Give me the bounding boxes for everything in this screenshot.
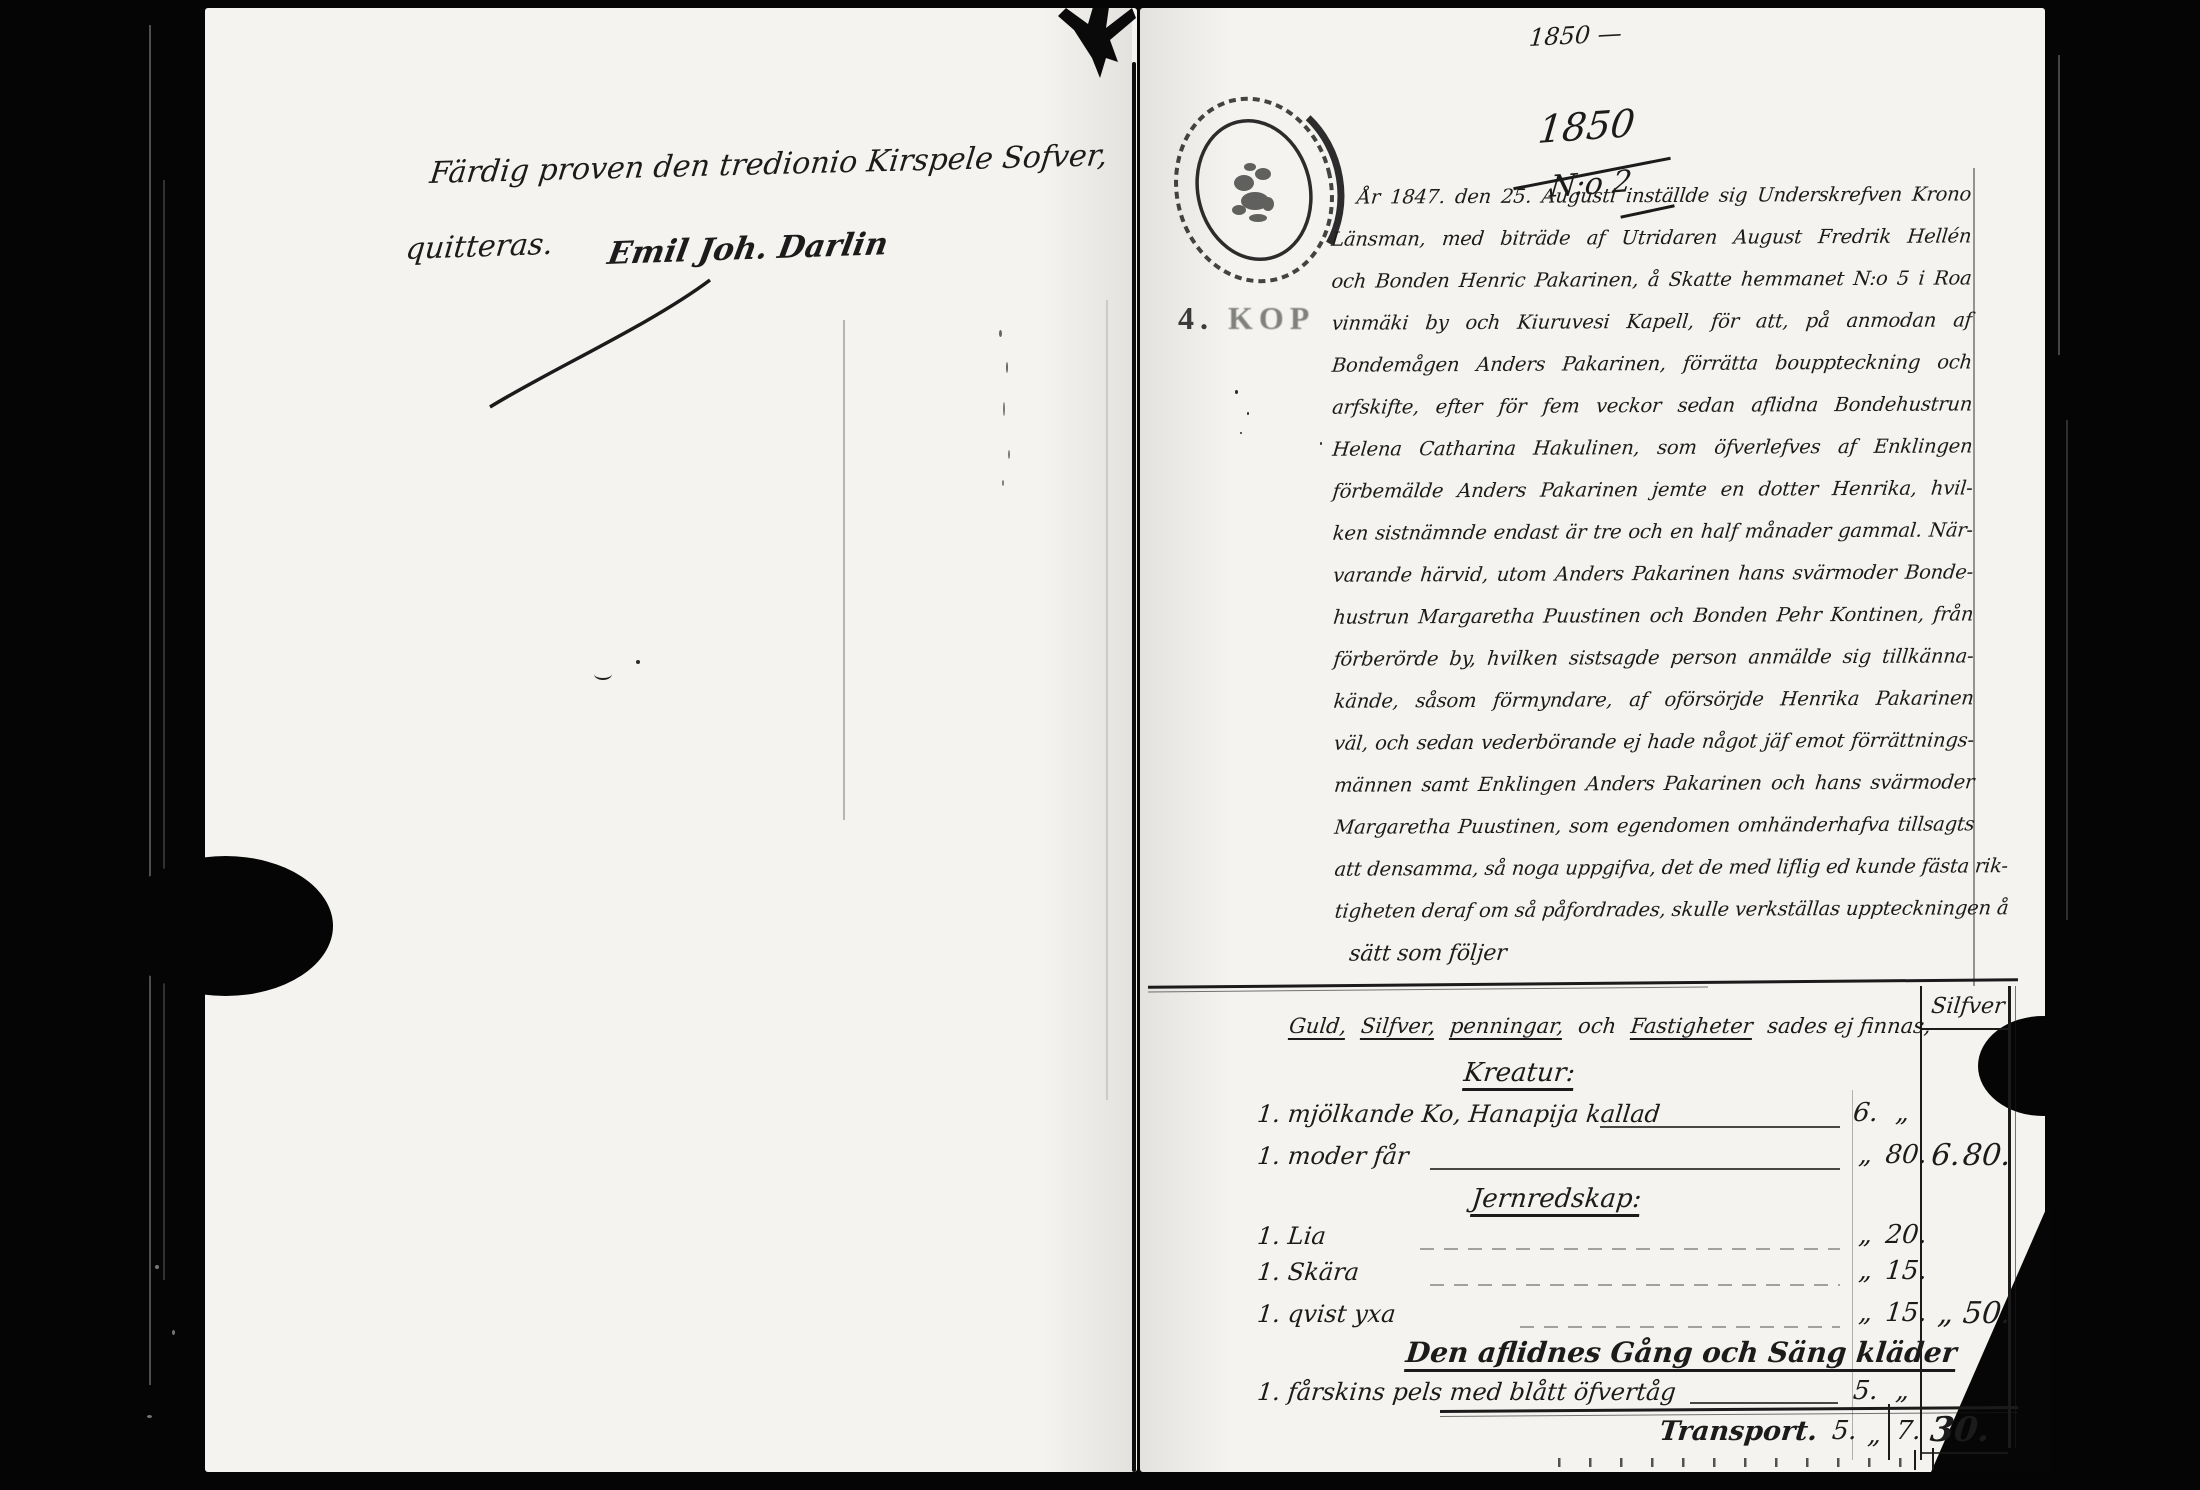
ink-speck	[1006, 362, 1008, 373]
amount-col1-b: 20.	[1884, 1220, 1921, 1250]
ink-speck	[1002, 480, 1004, 486]
ink-speck	[1247, 412, 1249, 415]
body-text-line: arfskifte, efter för fem veckor sedan af…	[1331, 392, 1973, 418]
heading-tail: sades ej finnas,	[1766, 1014, 1932, 1038]
row-leader-line	[1430, 1168, 1840, 1170]
ink-speck	[1320, 442, 1322, 445]
ink-speck	[1240, 432, 1242, 434]
inventory-section-heading: Guld, Silfver, penningar, och Fastighete…	[1288, 1014, 1932, 1038]
amount-col1-b: „	[1884, 1376, 1921, 1406]
body-text-line: förberörde by, hvilken sistsagde person …	[1332, 644, 1974, 670]
dust-speck	[172, 1330, 175, 1335]
amount-col1-a: „	[1846, 1220, 1885, 1250]
row-leader-line	[1690, 1402, 1838, 1404]
left-page	[205, 8, 1137, 1472]
currency-column-header: Silfver	[1930, 994, 2006, 1019]
body-text-line: hustrun Margaretha Puustinen och Bonden …	[1332, 602, 1974, 628]
body-text-line: sätt som följer	[1348, 941, 1508, 967]
spine-line	[1132, 62, 1136, 1472]
amount-col1-a: 5.	[1846, 1376, 1885, 1406]
dust-speck	[147, 1415, 152, 1418]
spine-top-sprig	[1040, 0, 1150, 80]
stamp-denomination: 4. KOP	[1178, 300, 1315, 337]
heading-guld: Guld,	[1288, 1014, 1348, 1040]
ink-speck	[636, 660, 640, 664]
ink-speck	[1008, 450, 1010, 459]
inventory-row-label: 1. qvist yxa	[1256, 1300, 1397, 1328]
body-text-line: tigheten deraf om så påfordrades, skulle…	[1334, 896, 1976, 922]
amount-col1-b: „	[1884, 1098, 1921, 1128]
tick-mark-tall	[1914, 1450, 1916, 1470]
transport-label: Transport.	[1658, 1416, 1819, 1447]
body-text-block: År 1847. den 25. Augusti inställde sig U…	[1330, 182, 1994, 985]
transport-col2-a: 7.	[1892, 1416, 1925, 1446]
corner-year-note: 1850 —	[1528, 19, 1623, 52]
row-leader-line	[1420, 1248, 1840, 1250]
row-leader-line	[1430, 1284, 1840, 1286]
document-year: 1850	[1536, 101, 1637, 152]
signature-flourish	[480, 255, 780, 415]
inventory-row-label: 1. mjölkande Ko, Hanapija kallad	[1256, 1100, 1662, 1128]
inventory-subheading-kreatur: Kreatur:	[1462, 1058, 1577, 1091]
transport-col1-a: 5.	[1826, 1416, 1863, 1446]
body-text-line: varande härvid, utom Anders Pakarinen ha…	[1332, 560, 1974, 586]
denomination-unit: KOP	[1228, 300, 1315, 336]
scan-frame-right	[2045, 0, 2200, 1490]
heading-och: och	[1577, 1014, 1617, 1038]
tick-mark-tall	[1932, 1448, 1934, 1470]
stamp-eagle-smudge	[1232, 163, 1274, 222]
transport-cell-bottom	[1922, 1452, 2008, 1454]
inventory-row-label: 1. fårskins pels med blått öfvertåg	[1256, 1378, 1677, 1406]
body-text-line: att densamma, så noga uppgifva, det de m…	[1334, 854, 1976, 880]
amount-col1-a: 6.	[1846, 1098, 1885, 1128]
transport-col2-b: 30.	[1928, 1410, 1992, 1450]
scan-frame-bottom	[205, 1472, 2045, 1490]
amount-col1-a: „	[1846, 1256, 1885, 1286]
official-seal-stamp	[1162, 88, 1347, 293]
scratch-streak	[2066, 420, 2068, 920]
transport-col1-b: „	[1858, 1420, 1891, 1450]
amount-col1-b: 15.	[1884, 1298, 1921, 1328]
inventory-row-label: 1. moder får	[1256, 1142, 1410, 1170]
body-text-line: väl, och sedan vederbörande ej hade någo…	[1333, 728, 1975, 754]
page-edge-rule	[2008, 986, 2011, 1448]
body-text-line: ken sistnämnde endast är tre och en half…	[1332, 518, 1974, 544]
heading-penningar: penningar,	[1449, 1014, 1565, 1040]
currency-header-underline	[1920, 1028, 2010, 1030]
page-edge-rule-twin	[2015, 986, 2016, 1448]
ink-speck	[1003, 402, 1005, 416]
gutter-shadow-left	[1040, 8, 1132, 1472]
inventory-row-label: 1. Lia	[1256, 1222, 1327, 1250]
tick-marks-row	[1558, 1458, 1908, 1467]
row-leader-line	[1600, 1126, 1840, 1128]
body-text-line: Bondemågen Anders Pakarinen, förrätta bo…	[1331, 350, 1973, 376]
denomination-number: 4.	[1178, 300, 1214, 336]
row-leader-line	[1520, 1326, 1840, 1328]
heading-fastigheter: Fastigheter	[1629, 1014, 1754, 1040]
page-edge-crease	[1106, 300, 1108, 1100]
scan-frame-top	[205, 0, 2045, 8]
thumb-shadow-right	[1978, 1016, 2108, 1116]
amount-col1-a: „	[1846, 1298, 1885, 1328]
body-text-line: och Bonden Henric Pakarinen, å Skatte he…	[1330, 266, 1972, 292]
scratch-streak	[2058, 55, 2060, 355]
scratch-streak	[163, 180, 165, 1280]
body-text-line: Margaretha Puustinen, som egendomen omhä…	[1333, 812, 1975, 838]
ink-curve-mark	[594, 668, 612, 680]
scratch-streak	[149, 25, 151, 1385]
heading-silfver: Silfver,	[1360, 1014, 1437, 1040]
body-text-line: Helena Catharina Hakulinen, som öfverlef…	[1331, 434, 1973, 460]
scanned-book-spread: Färdig proven den tredionio Kirspele Sof…	[0, 0, 2200, 1490]
amount-col1-b: 15.	[1884, 1256, 1921, 1286]
thumb-shadow-left	[118, 856, 333, 996]
body-text-line: kände, såsom förmyndare, af oförsörjde H…	[1333, 686, 1975, 712]
amount-col2-b: 50.	[1960, 1296, 2014, 1331]
amount-col1-a: „	[1846, 1140, 1885, 1170]
amount-col2-b: 80.	[1960, 1138, 2014, 1173]
inventory-subheading-jernredskap: Jernredskap:	[1470, 1184, 1643, 1217]
scan-frame-left	[0, 0, 205, 1490]
body-text-line: År 1847. den 25. Augusti inställde sig U…	[1356, 182, 1972, 208]
body-text-line: vinmäki by och Kiuruvesi Kapell, för att…	[1331, 308, 1973, 334]
fold-crease-line	[843, 320, 845, 820]
inventory-row-label: 1. Skära	[1256, 1258, 1361, 1286]
ink-speck	[1235, 390, 1238, 394]
amount-col1-b: 80.	[1884, 1140, 1921, 1170]
transport-cell-line	[1888, 1404, 1890, 1460]
inventory-subheading-klader: Den aflidnes Gång och Säng kläder	[1404, 1336, 1958, 1372]
ink-speck	[999, 330, 1002, 337]
body-text-line: förbemälde Anders Pakarinen jemte en dot…	[1332, 476, 1974, 502]
dust-speck	[155, 1265, 159, 1269]
body-text-line: männen samt Enklingen Anders Pakarinen o…	[1333, 770, 1975, 796]
body-text-line: Länsman, med biträde af Utridaren August…	[1330, 224, 1972, 250]
